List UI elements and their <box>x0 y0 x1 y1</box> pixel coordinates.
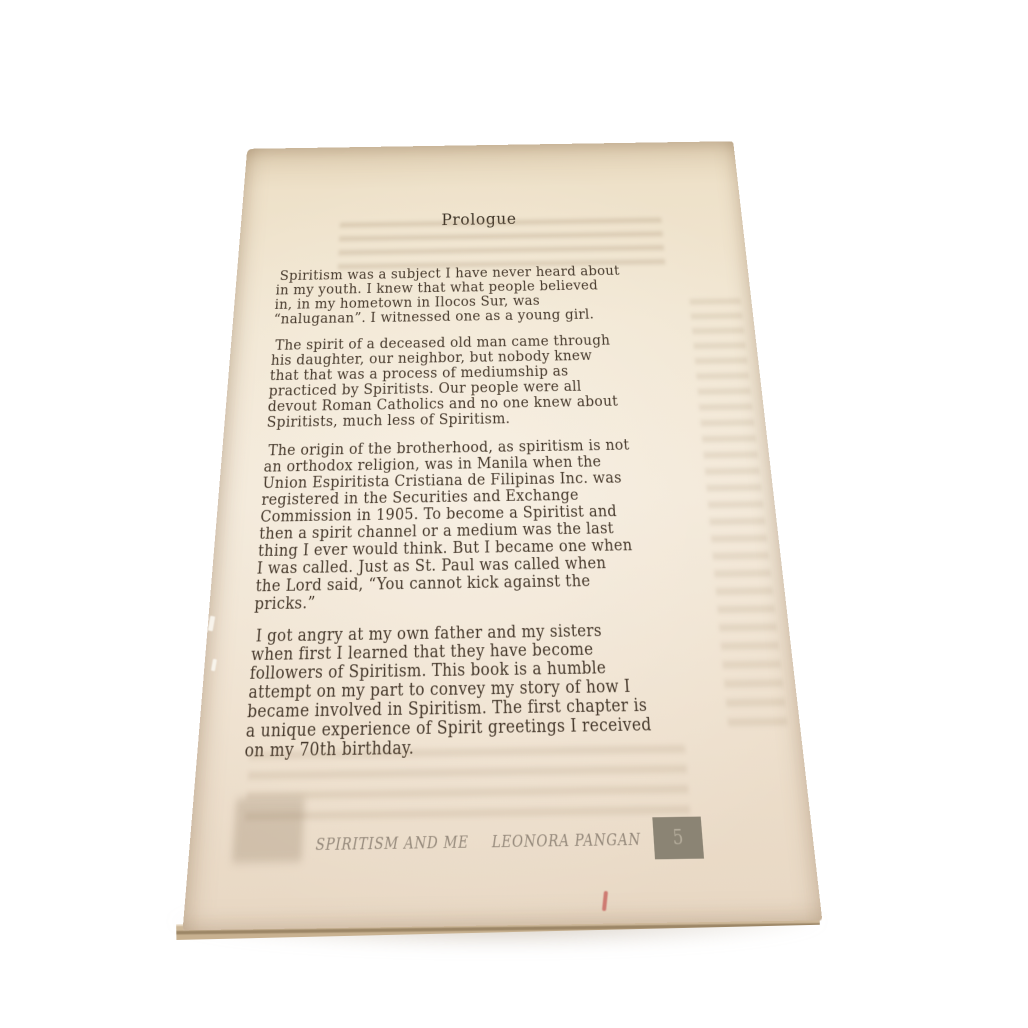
paragraph: The spirit of a deceased old man came th… <box>266 331 696 430</box>
paragraph: I got angry at my own father and my sist… <box>244 619 725 760</box>
page-number: 5 <box>672 826 684 850</box>
page-number-badge: 5 <box>652 817 704 860</box>
book-photo-scene: Prologue Spiritism was a subject I have … <box>0 0 1028 1028</box>
showthrough-ghost-top <box>338 217 666 271</box>
footer-author: LEONORA PANGAN <box>492 830 642 852</box>
book-page: Prologue Spiritism was a subject I have … <box>183 141 823 930</box>
showthrough-ghost-bottom <box>245 745 691 824</box>
paragraph: Spiritism was a subject I have never hea… <box>273 262 687 326</box>
paragraph: The origin of the brotherhood, as spirit… <box>254 435 712 612</box>
booklet: Prologue Spiritism was a subject I have … <box>247 141 743 761</box>
footer-book-title: SPIRITISM AND ME <box>315 833 469 855</box>
page-title: Prologue <box>240 141 742 232</box>
